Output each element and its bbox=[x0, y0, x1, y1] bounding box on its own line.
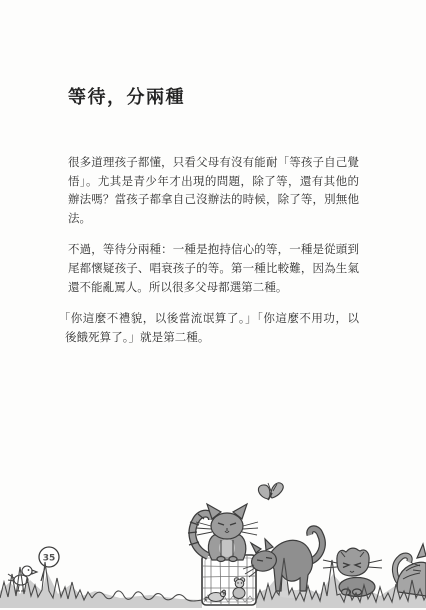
book-page: 等待，分兩種 很多道理孩子都懂，只看父母有沒有能耐「等孩子自己覺悟」。尤其是青少… bbox=[0, 0, 426, 610]
page-title: 等待，分兩種 bbox=[68, 83, 185, 109]
sitting-cat-icon bbox=[188, 504, 258, 562]
butterfly-icon bbox=[258, 483, 283, 500]
paragraph: 「你這麼不禮貌，以後當流氓算了。」「你這麼不用功，以後餓死算了。」就是第二種。 bbox=[65, 310, 359, 347]
page-number-badge: 35 bbox=[39, 547, 59, 581]
footer-illustration: 35 bbox=[0, 470, 426, 610]
paragraph: 不過，等待分兩種：一種是抱持信心的等，一種是從頭到尾都懷疑孩子、唱衰孩子的等。第… bbox=[68, 241, 359, 297]
body-text: 很多道理孩子都懂，只看父母有沒有能耐「等孩子自己覺悟」。尤其是青少年才出現的問題… bbox=[68, 154, 359, 360]
paragraph: 很多道理孩子都懂，只看父母有沒有能耐「等孩子自己覺悟」。尤其是青少年才出現的問題… bbox=[68, 154, 359, 228]
